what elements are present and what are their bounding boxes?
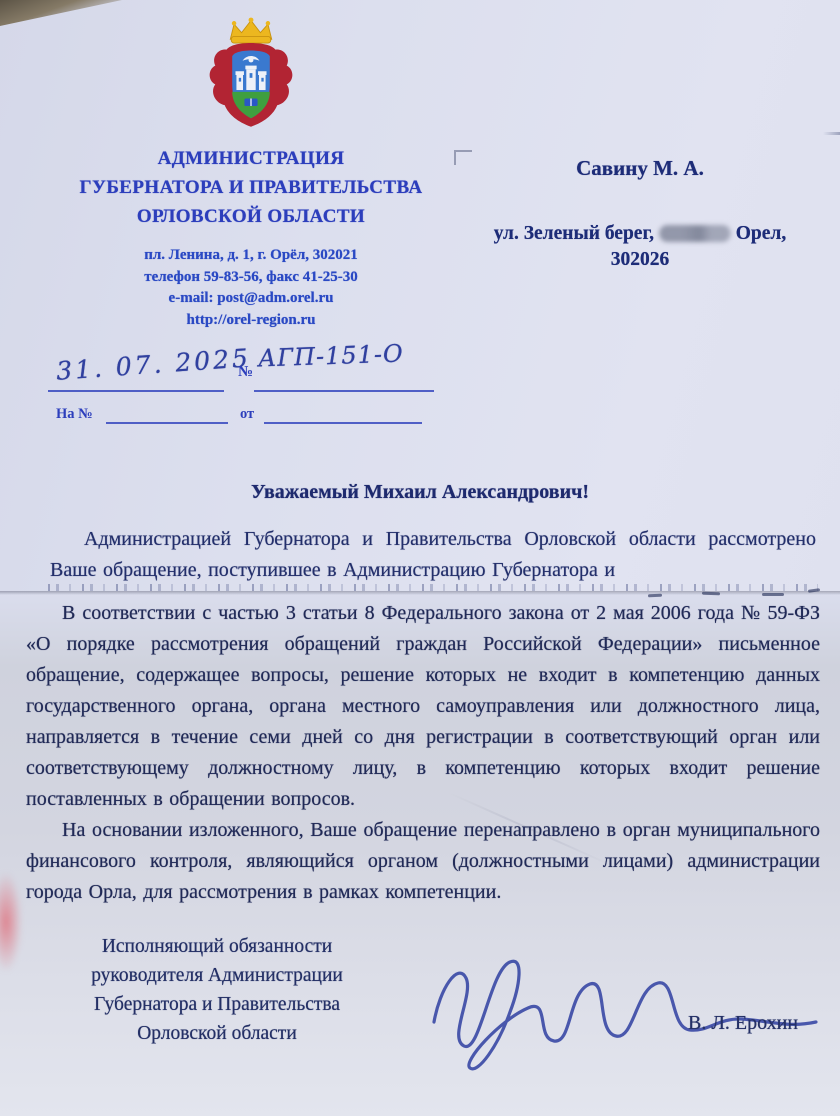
recipient-name: Савину М. А. — [448, 156, 832, 181]
signer-title-line4: Орловской области — [58, 1019, 376, 1048]
number-underline — [254, 390, 434, 392]
org-name-line3: ОРЛОВСКОЙ ОБЛАСТИ — [78, 202, 424, 231]
letterhead: АДМИНИСТРАЦИЯ ГУБЕРНАТОРА И ПРАВИТЕЛЬСТВ… — [78, 16, 424, 331]
signer-title-line2: руководителя Администрации — [58, 961, 376, 990]
scanned-letter-photo: АДМИНИСТРАЦИЯ ГУБЕРНАТОРА И ПРАВИТЕЛЬСТВ… — [0, 0, 840, 1116]
body-lower-sheet: В соответствии с частью 3 статьи 8 Федер… — [26, 598, 820, 908]
org-address-street: пл. Ленина, д. 1, г. Орёл, 302021 — [78, 245, 424, 267]
oryol-coat-of-arms-icon — [204, 16, 298, 134]
body-paragraph-3: На основании изложенного, Ваше обращение… — [26, 815, 820, 908]
date-underline — [48, 390, 224, 392]
body-paragraph-1: Администрацией Губернатора и Правительст… — [50, 524, 816, 590]
paper-fold-mark — [823, 132, 840, 135]
signer-title: Исполняющий обязанности руководителя Адм… — [58, 932, 376, 1048]
reply-to-label: На № — [56, 406, 93, 423]
seam-artifact-mark — [762, 593, 784, 596]
handwritten-signature — [418, 922, 822, 1078]
org-address-email: e-mail: post@adm.orel.ru — [78, 288, 424, 310]
handwritten-number: АГП-151-О — [258, 339, 405, 372]
signer-title-line3: Губернатора и Правительства — [58, 990, 376, 1019]
signer-name: В. Л. Ерохин — [688, 1012, 798, 1035]
redaction-blur — [659, 225, 731, 242]
number-sign-label: № — [238, 364, 253, 381]
reply-from-label: от — [240, 406, 254, 423]
org-name-line1: АДМИНИСТРАЦИЯ — [78, 144, 424, 173]
org-address-phone: телефон 59-83-56, факс 41-25-30 — [78, 267, 424, 289]
finger-smudge — [0, 872, 22, 972]
recipient-address: ул. Зеленый берег, Орел, 302026 — [448, 221, 832, 273]
reply-number-underline — [106, 422, 228, 424]
org-name-line2: ГУБЕРНАТОРА И ПРАВИТЕЛЬСТВА — [78, 173, 424, 202]
signer-title-line1: Исполняющий обязанности — [58, 932, 376, 961]
org-address-site: http://orel-region.ru — [78, 310, 424, 332]
handwritten-date: 31. 07. 2025 — [55, 343, 252, 386]
recipient-city: Орел, — [736, 223, 786, 244]
reply-date-underline — [264, 422, 422, 424]
recipient-postcode: 302026 — [611, 249, 670, 270]
recipient-block: Савину М. А. ул. Зеленый берег, Орел, 30… — [448, 138, 832, 273]
salutation: Уважаемый Михаил Александрович! — [0, 481, 840, 504]
form-corner-mark — [454, 150, 472, 165]
org-address: пл. Ленина, д. 1, г. Орёл, 302021 телефо… — [78, 245, 424, 331]
org-name: АДМИНИСТРАЦИЯ ГУБЕРНАТОРА И ПРАВИТЕЛЬСТВ… — [78, 144, 424, 231]
body-paragraph-2: В соответствии с частью 3 статьи 8 Федер… — [26, 598, 820, 815]
reference-block: 31. 07. 2025 № АГП-151-О На № от — [42, 348, 452, 440]
recipient-street: ул. Зеленый берег, — [494, 223, 654, 244]
